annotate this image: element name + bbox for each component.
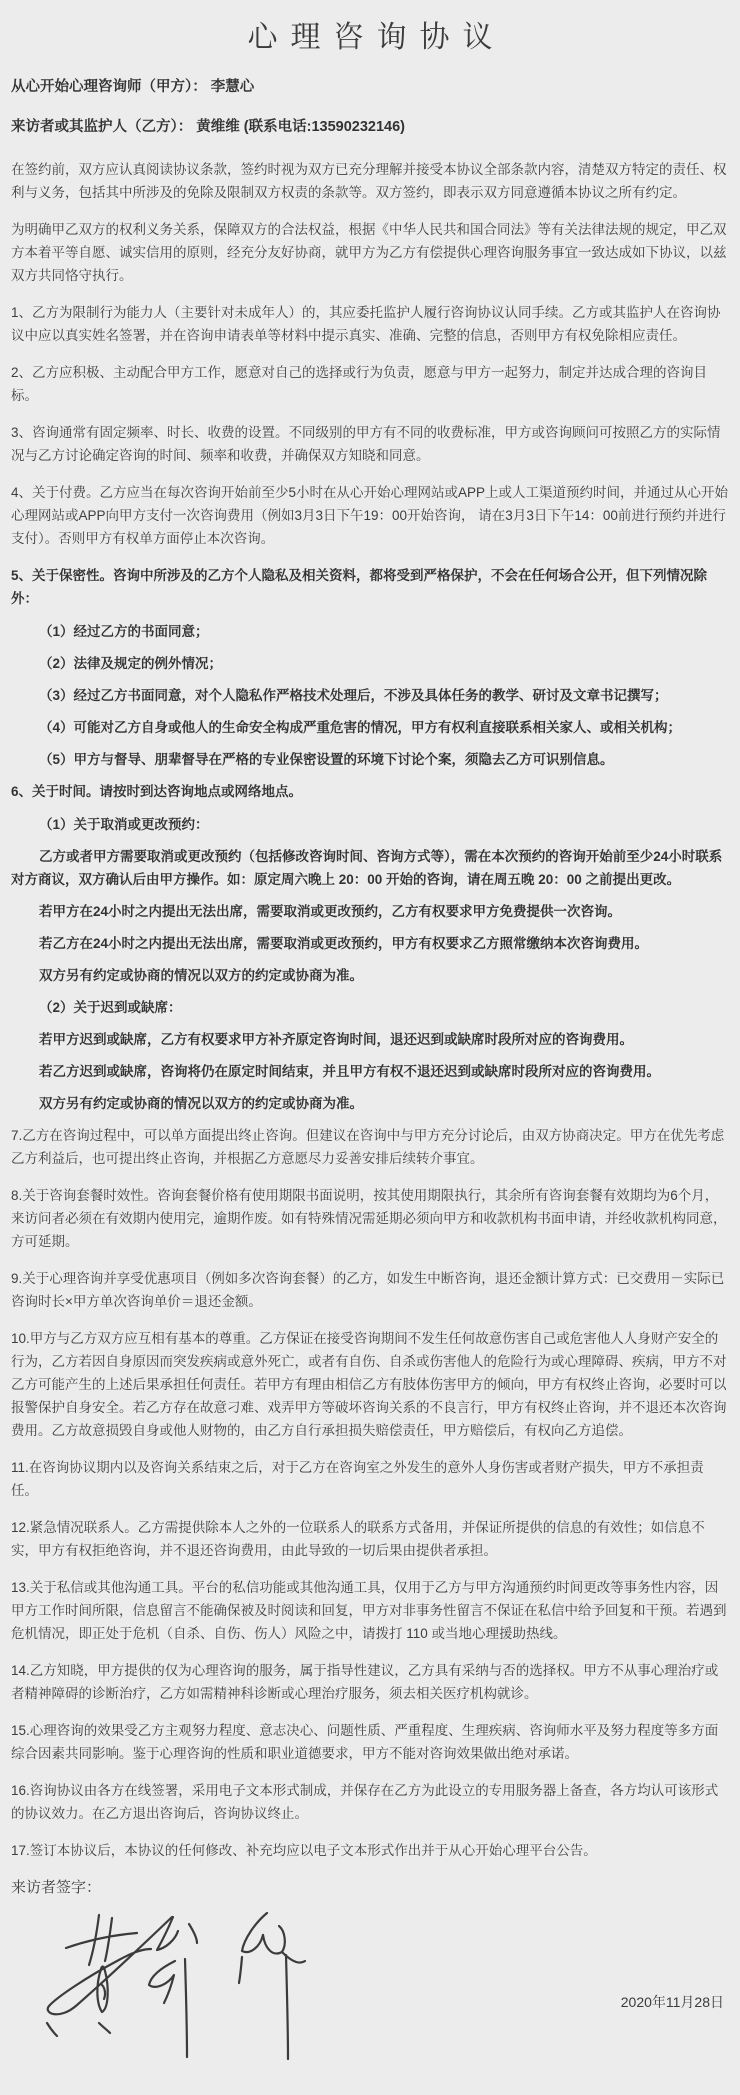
handwritten-signature xyxy=(39,1909,329,2067)
clause-paragraph: 11.在咨询协议期内以及咨询关系结束之后，对于乙方在咨询室之外发生的意外人身伤害… xyxy=(11,1456,729,1502)
clause-sub-line: （4）可能对乙方自身或他人的生命安全构成严重危害的情况，甲方有权利直接联系相关家… xyxy=(11,716,729,739)
clause-sub-line: （3）经过乙方书面同意，对个人隐私作严格技术处理后，不涉及具体任务的教学、研讨及… xyxy=(11,684,729,707)
clause-paragraph: 2、乙方应积极、主动配合甲方工作，愿意对自己的选择或行为负责，愿意与甲方一起努力… xyxy=(11,361,729,407)
party-b-line: 来访者或其监护人（乙方）： 黄维维 (联系电话:13590232146) xyxy=(11,118,729,137)
clause-sub-line: 乙方或者甲方需要取消或更改预约（包括修改咨询时间、咨询方式等），需在本次预约的咨… xyxy=(11,845,729,891)
signature-stroke xyxy=(102,1985,105,1999)
clause-paragraph: 3、咨询通常有固定频率、时长、收费的设置。不同级别的甲方有不同的收费标准，甲方或… xyxy=(11,421,729,467)
signature-stroke xyxy=(263,1926,285,1953)
clause-sub-line: （1）关于取消或更改预约： xyxy=(11,813,729,836)
clause-paragraph: 7.乙方在咨询过程中，可以单方面提出终止咨询。但建议在咨询中与甲方充分讨论后，由… xyxy=(11,1124,729,1170)
clause-sub-line: 若乙方在24小时之内提出无法出席，需要取消或更改预约，甲方有权要求乙方照常缴纳本… xyxy=(11,932,729,955)
clause-sub-line: （2）法律及规定的例外情况； xyxy=(11,652,729,675)
clause-paragraph: 14.乙方知晓，甲方提供的仅为心理咨询的服务，属于指导性建议，乙方具有采纳与否的… xyxy=(11,1659,729,1705)
clause-sub-line: （1）经过乙方的书面同意； xyxy=(11,620,729,643)
clause-sub-line: 若甲方迟到或缺席，乙方有权要求甲方补齐原定咨询时间，退还迟到或缺席时段所对应的咨… xyxy=(11,1028,729,1051)
agreement-body: 在签约前，双方应认真阅读协议条款，签约时视为双方已充分理解并接受本协议全部条款内… xyxy=(11,158,729,1862)
clause-paragraph: 4、关于付费。乙方应当在每次咨询开始前至少5小时在从心开始心理网站或APP上或人… xyxy=(11,481,729,550)
signature-stroke xyxy=(47,2023,57,2036)
signature-stroke xyxy=(286,1955,288,2059)
clause-sub-line: 双方另有约定或协商的情况以双方的约定或协商为准。 xyxy=(11,1092,729,1115)
clause-paragraph: 13.关于私信或其他沟通工具。平台的私信功能或其他沟通工具，仅用于乙方与甲方沟通… xyxy=(11,1576,729,1645)
clause-paragraph: 1、乙方为限制行为能力人（主要针对未成年人）的，其应委托监护人履行咨询协议认同手… xyxy=(11,301,729,347)
clause-paragraph: 15.心理咨询的效果受乙方主观努力程度、意志决心、问题性质、严重程度、生理疾病、… xyxy=(11,1719,729,1765)
clause-paragraph: 5、关于保密性。咨询中所涉及的乙方个人隐私及相关资料，都将受到严格保护，不会在任… xyxy=(11,564,729,610)
signature-stroke xyxy=(189,1924,197,1943)
clause-sub-line: （5）甲方与督导、朋辈督导在严格的专业保密设置的环境下讨论个案，须隐去乙方可识别… xyxy=(11,748,729,771)
clause-paragraph: 9.关于心理咨询并享受优惠项目（例如多次咨询套餐）的乙方，如发生中断咨询，退还金… xyxy=(11,1267,729,1313)
clause-sub-line: 若乙方迟到或缺席，咨询将仍在原定时间结束，并且甲方有权不退还迟到或缺席时段所对应… xyxy=(11,1060,729,1083)
signature-stroke xyxy=(242,1913,267,1952)
signature-stroke xyxy=(66,1933,137,1948)
clause-paragraph: 10.甲方与乙方双方应互相有基本的尊重。乙方保证在接受咨询期间不发生任何故意伤害… xyxy=(11,1327,729,1442)
agreement-document: 心理咨询协议 从心开始心理咨询师（甲方）： 李慧心 来访者或其监护人（乙方）： … xyxy=(0,0,740,2067)
clause-sub-line: （2）关于迟到或缺席： xyxy=(11,996,729,1019)
signature-label: 来访者签字： xyxy=(11,1876,729,1897)
clause-sub-line: 双方另有约定或协商的情况以双方的约定或协商为准。 xyxy=(11,964,729,987)
signature-stroke xyxy=(239,1957,242,1983)
party-a-line: 从心开始心理咨询师（甲方）： 李慧心 xyxy=(11,78,729,97)
signature-stroke xyxy=(99,2023,110,2033)
signature-stroke xyxy=(105,1918,112,1961)
clause-paragraph: 在签约前，双方应认真阅读协议条款，签约时视为双方已充分理解并接受本协议全部条款内… xyxy=(11,158,729,204)
signature-stroke xyxy=(97,1967,107,2012)
clause-paragraph: 6、关于时间。请按时到达咨询地点或网络地点。 xyxy=(11,780,729,803)
signature-stroke xyxy=(149,1961,175,2003)
clause-paragraph: 8.关于咨询套餐时效性。咨询套餐价格有使用期限书面说明，按其使用期限执行，其余所… xyxy=(11,1184,729,1253)
signature-stroke xyxy=(185,1959,187,2057)
clause-sub-line: 若甲方在24小时之内提出无法出席，需要取消或更改预约，乙方有权要求甲方免费提供一… xyxy=(11,900,729,923)
date-label: 2020年11月28日 xyxy=(621,1992,724,2012)
clause-paragraph: 为明确甲乙双方的权利义务关系，保障双方的合法权益，根据《中华人民共和国合同法》等… xyxy=(11,218,729,287)
clause-paragraph: 17.签订本协议后，本协议的任何修改、补充均应以电子文本形式作出并于从心开始心理… xyxy=(11,1839,729,1862)
page-title: 心理咨询协议 xyxy=(11,12,729,56)
clause-paragraph: 12.紧急情况联系人。乙方需提供除本人之外的一位联系人的联系方式备用，并保证所提… xyxy=(11,1516,729,1562)
clause-paragraph: 16.咨询协议由各方在线签署，采用电子文本形式制成，并保存在乙方为此设立的专用服… xyxy=(11,1779,729,1825)
